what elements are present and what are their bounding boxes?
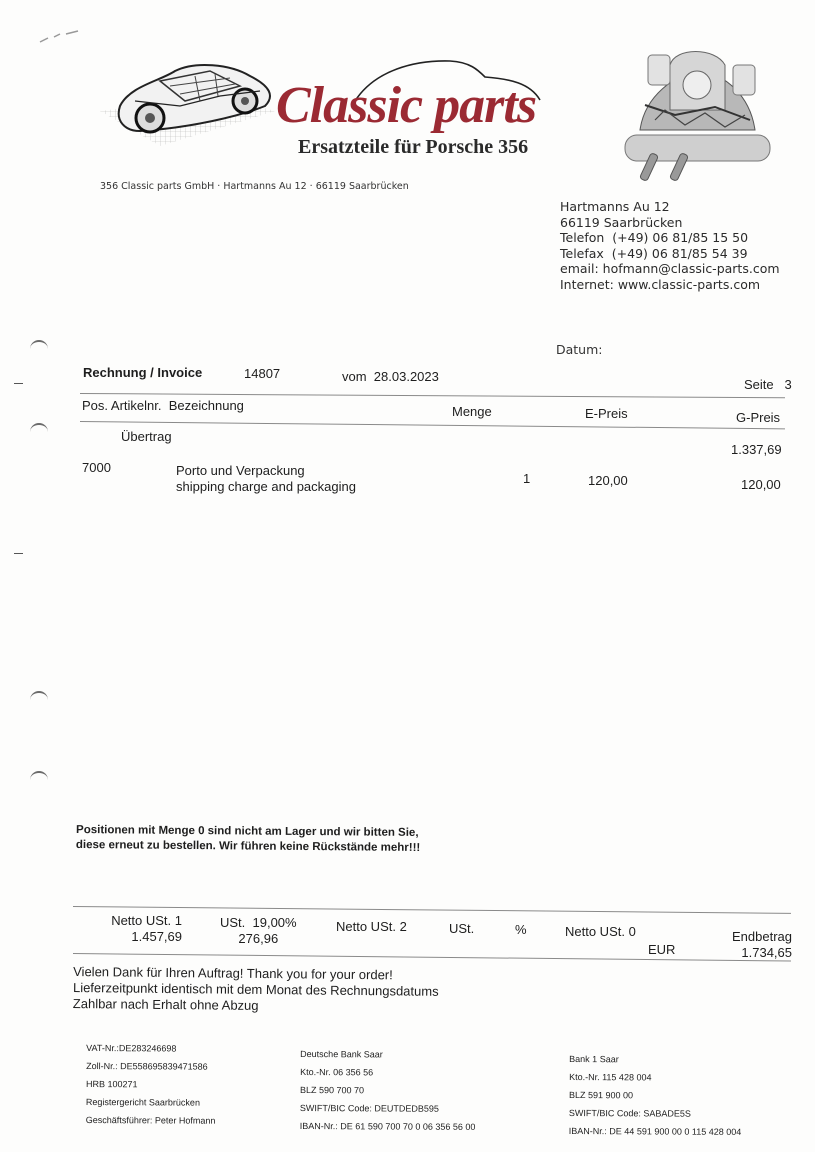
row-description-en: shipping charge and packaging xyxy=(176,479,356,495)
grand-total-value: 1.734,65 xyxy=(700,945,792,961)
fold-mark xyxy=(14,553,23,554)
footer-bank1-account: Kto.-Nr. 06 356 56 xyxy=(300,1063,476,1082)
net-vat2-label: Netto USt. 2 xyxy=(336,919,407,934)
row-unit-price: 120,00 xyxy=(588,473,628,488)
punch-hole-mark xyxy=(30,340,48,354)
carry-over-label: Übertrag xyxy=(121,429,172,444)
contact-website[interactable]: Internet: www.classic-parts.com xyxy=(560,277,780,293)
page-label: Seite xyxy=(744,377,774,392)
vat2-label: USt. xyxy=(449,921,474,936)
contact-email[interactable]: email: hofmann@classic-parts.com xyxy=(560,261,780,277)
punch-hole-mark xyxy=(30,691,48,705)
row-description: Porto und Verpackung shipping charge and… xyxy=(176,463,356,495)
footer-customs-number: Zoll-Nr.: DE558695839471586 xyxy=(86,1057,216,1076)
column-header-total-price: G-Preis xyxy=(736,410,780,425)
column-header-description: Bezeichnung xyxy=(169,398,244,413)
contact-phone: Telefon (+49) 06 81/85 15 50 xyxy=(560,230,780,246)
grand-total: Endbetrag 1.734,65 xyxy=(700,929,792,961)
fold-mark xyxy=(14,383,23,384)
stock-notice-line2: diese erneut zu bestellen. Wir führen ke… xyxy=(76,838,420,856)
column-header-pos: Pos. xyxy=(82,398,108,413)
row-quantity: 1 xyxy=(523,471,530,486)
punch-hole-mark xyxy=(30,423,48,437)
contact-city: 66119 Saarbrücken xyxy=(560,215,780,231)
brand-tagline: Ersatzteile für Porsche 356 xyxy=(298,136,528,159)
carry-over-amount: 1.337,69 xyxy=(731,442,782,457)
footer-vat-number: VAT-Nr.:DE283246698 xyxy=(86,1039,216,1058)
scan-smudge xyxy=(38,30,82,44)
net-vat1-value: 1.457,69 xyxy=(100,929,182,945)
footer-bank2-iban: IBAN-Nr.: DE 44 591 900 00 0 115 428 004 xyxy=(569,1122,742,1141)
footer-company-info: VAT-Nr.:DE283246698 Zoll-Nr.: DE55869583… xyxy=(86,1039,216,1130)
totals-bottom-rule xyxy=(73,953,791,962)
net-vat0-label: Netto USt. 0 xyxy=(565,924,636,939)
column-header-quantity: Menge xyxy=(452,404,492,419)
vat1-label: USt. 19,00% xyxy=(220,915,297,931)
contact-street: Hartmanns Au 12 xyxy=(560,199,780,215)
grand-total-label: Endbetrag xyxy=(700,929,792,945)
net-vat1: Netto USt. 1 1.457,69 xyxy=(100,913,182,945)
column-header-article: Artikelnr. xyxy=(111,398,162,413)
invoice-number: 14807 xyxy=(244,366,280,381)
footer-bank1-swift: SWIFT/BIC Code: DEUTDEDB595 xyxy=(300,1099,476,1118)
footer-register-court: Registergericht Saarbrücken xyxy=(86,1093,216,1112)
brand-name: Classic parts xyxy=(276,76,536,135)
footer-bank1-iban: IBAN-Nr.: DE 61 590 700 70 0 06 356 56 0… xyxy=(300,1117,476,1136)
footer-bank2-swift: SWIFT/BIC Code: SABADE5S xyxy=(569,1104,742,1123)
footer-bank1-blz: BLZ 590 700 70 xyxy=(300,1081,476,1100)
punch-hole-mark xyxy=(30,771,48,785)
stock-notice: Positionen mit Menge 0 sind nicht am Lag… xyxy=(76,823,421,855)
sender-address-line: 356 Classic parts GmbH · Hartmanns Au 12… xyxy=(100,181,409,192)
row-article-number: 7000 xyxy=(82,460,111,475)
vat2-percent-label: % xyxy=(515,922,527,937)
page-indicator: Seite 3 xyxy=(744,377,792,392)
footer-managing-director: Geschäftsführer: Peter Hofmann xyxy=(86,1111,216,1130)
column-header-unit-price: E-Preis xyxy=(585,406,628,421)
row-description-de: Porto und Verpackung xyxy=(176,463,356,479)
footer-bank2-name: Bank 1 Saar xyxy=(569,1050,742,1069)
column-header-pos-article: Pos. Artikelnr. Bezeichnung xyxy=(82,398,244,413)
footer-bank2-blz: BLZ 591 900 00 xyxy=(569,1086,742,1105)
page-number: 3 xyxy=(784,377,791,392)
car-cutaway-illustration xyxy=(100,56,290,146)
engine-photo xyxy=(615,35,780,185)
row-total-price: 120,00 xyxy=(741,477,781,492)
closing-text: Vielen Dank für Ihren Auftrag! Thank you… xyxy=(73,964,439,1016)
currency-label: EUR xyxy=(648,942,675,957)
invoice-title: Rechnung / Invoice xyxy=(83,365,202,380)
footer-bank2-account: Kto.-Nr. 115 428 004 xyxy=(569,1068,742,1087)
invoice-date-value: 28.03.2023 xyxy=(374,369,439,384)
footer-bank1-name: Deutsche Bank Saar xyxy=(300,1045,476,1064)
footer-commercial-register: HRB 100271 xyxy=(86,1075,216,1094)
vat1: USt. 19,00% 276,96 xyxy=(220,915,297,947)
invoice-date: vom 28.03.2023 xyxy=(342,369,439,384)
net-vat1-label: Netto USt. 1 xyxy=(100,913,182,929)
vat1-value: 276,96 xyxy=(220,931,297,947)
footer-bank1: Deutsche Bank Saar Kto.-Nr. 06 356 56 BL… xyxy=(300,1045,476,1136)
column-header-rule xyxy=(80,421,785,429)
contact-fax: Telefax (+49) 06 81/85 54 39 xyxy=(560,246,780,262)
invoice-date-prefix: vom xyxy=(342,369,367,384)
footer-bank2: Bank 1 Saar Kto.-Nr. 115 428 004 BLZ 591… xyxy=(569,1050,742,1141)
date-label: Datum: xyxy=(556,342,603,357)
contact-block: Hartmanns Au 12 66119 Saarbrücken Telefo… xyxy=(560,199,780,292)
